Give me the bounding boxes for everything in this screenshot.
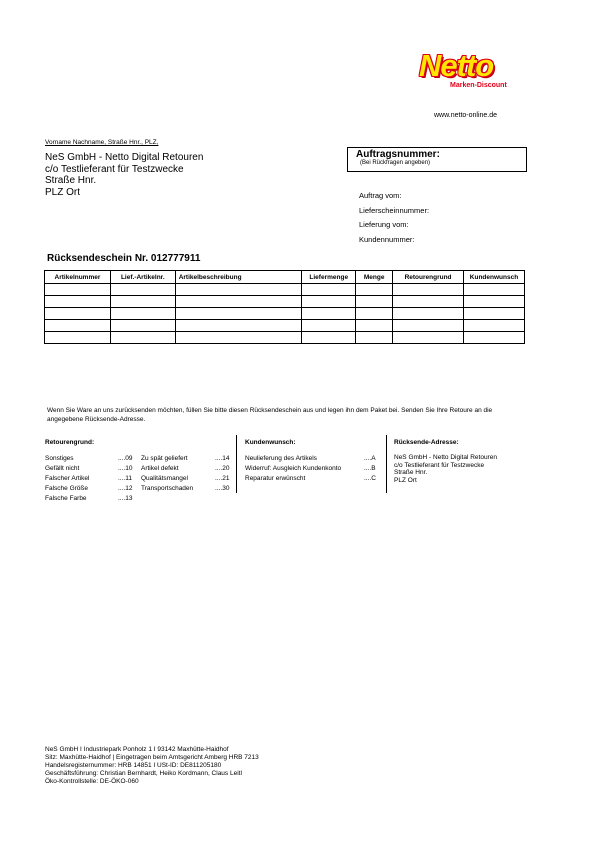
footer-line: NeS GmbH I Industriepark Ponholz 1 I 931… (45, 746, 259, 754)
return-slip-title: Rücksendeschein Nr. 012777911 (47, 253, 200, 264)
table-cell[interactable] (175, 296, 302, 308)
recipient-line: NeS GmbH - Netto Digital Retouren (45, 152, 203, 164)
table-cell[interactable] (110, 284, 175, 296)
table-cell[interactable] (356, 308, 393, 320)
table-cell[interactable] (464, 332, 525, 344)
return-reasons-section: Retourengrund: Sonstiges....09Zu spät ge… (45, 439, 235, 504)
website-url: www.netto-online.de (434, 112, 497, 119)
footer-line: Sitz: Maxhütte-Haidhof | Eingetragen bei… (45, 754, 259, 762)
order-number-title: Auftragsnummer: (356, 149, 440, 160)
column-divider (386, 435, 387, 493)
table-row (45, 320, 525, 332)
table-cell[interactable] (45, 332, 111, 344)
meta-delivery-date: Lieferung vom: (359, 218, 429, 233)
meta-delivery-note-number: Lieferscheinnummer: (359, 204, 429, 219)
reason-code: ....09 (118, 454, 132, 464)
return-address-line: c/o Testlieferant für Testzwecke (394, 462, 529, 470)
return-address-section: Rücksende-Adresse: NeS GmbH - Netto Digi… (394, 439, 529, 484)
table-cell[interactable] (464, 284, 525, 296)
reason-label: Artikel defekt (141, 464, 179, 474)
table-row (45, 332, 525, 344)
table-cell[interactable] (356, 320, 393, 332)
reason-code: ....10 (118, 464, 132, 474)
footer-line: Geschäftsführung: Christian Bernhardt, H… (45, 770, 259, 778)
table-cell[interactable] (110, 320, 175, 332)
reason-label: Zu spät geliefert (141, 454, 188, 464)
wish-code: ....B (364, 464, 376, 474)
table-cell[interactable] (393, 332, 464, 344)
col-article-number: Artikelnummer (45, 271, 111, 284)
col-quantity: Menge (356, 271, 393, 284)
table-cell[interactable] (393, 284, 464, 296)
instructions-text: Wenn Sie Ware an uns zurücksenden möchte… (47, 407, 527, 424)
table-cell[interactable] (393, 320, 464, 332)
table-cell[interactable] (45, 296, 111, 308)
reason-code: ....14 (215, 454, 229, 464)
order-meta: Auftrag vom: Lieferscheinnummer: Lieferu… (359, 189, 429, 247)
reason-label: Gefällt nicht (45, 464, 79, 474)
table-row (45, 296, 525, 308)
table-cell[interactable] (464, 320, 525, 332)
table-cell[interactable] (302, 284, 356, 296)
table-cell[interactable] (45, 320, 111, 332)
col-supplier-article-number: Lief.-Artikelnr. (110, 271, 175, 284)
reason-label: Transportschaden (141, 484, 193, 494)
reason-code: ....13 (118, 494, 132, 504)
table-cell[interactable] (110, 332, 175, 344)
table-cell[interactable] (175, 284, 302, 296)
table-cell[interactable] (175, 320, 302, 332)
order-number-subtitle: (Bei Rückfragen angeben) (360, 160, 430, 166)
return-address-line: NeS GmbH - Netto Digital Retouren (394, 454, 529, 462)
meta-order-date: Auftrag vom: (359, 189, 429, 204)
wish-label: Widerruf: Ausgleich Kundenkonto (245, 464, 341, 474)
order-number-box: Auftragsnummer: (Bei Rückfragen angeben) (347, 147, 527, 172)
footer-line: Öko-Kontrollstelle: DE-ÖKO-060 (45, 778, 259, 786)
table-row (45, 308, 525, 320)
table-cell[interactable] (356, 296, 393, 308)
return-address-line: Straße Hnr. (394, 469, 529, 477)
table-cell[interactable] (464, 296, 525, 308)
table-cell[interactable] (175, 332, 302, 344)
reason-code: ....11 (118, 474, 132, 484)
wish-code: ....A (364, 454, 376, 464)
wish-label: Reparatur erwünscht (245, 474, 305, 484)
table-cell[interactable] (302, 332, 356, 344)
col-return-reason: Retourengrund (393, 271, 464, 284)
reason-code: ....30 (215, 484, 229, 494)
reason-code: ....21 (215, 474, 229, 484)
table-cell[interactable] (393, 296, 464, 308)
reason-label: Sonstiges (45, 454, 74, 464)
return-address-heading: Rücksende-Adresse: (394, 439, 529, 446)
recipient-line: c/o Testlieferant für Testzwecke (45, 164, 203, 176)
reason-label: Falscher Artikel (45, 474, 89, 484)
wish-code: ....C (364, 474, 376, 484)
recipient-line: PLZ Ort (45, 187, 203, 199)
return-address-line: PLZ Ort (394, 477, 529, 485)
table-cell[interactable] (302, 308, 356, 320)
customer-wish-heading: Kundenwunsch: (245, 439, 380, 446)
reason-code: ....12 (118, 484, 132, 494)
reason-label: Falsche Farbe (45, 494, 87, 504)
reason-label: Falsche Größe (45, 484, 88, 494)
meta-customer-number: Kundennummer: (359, 233, 429, 248)
recipient-address: NeS GmbH - Netto Digital Retouren c/o Te… (45, 152, 203, 198)
logo-tagline: Marken-Discount (450, 82, 507, 89)
table-cell[interactable] (45, 308, 111, 320)
col-article-description: Artikelbeschreibung (175, 271, 302, 284)
table-cell[interactable] (175, 308, 302, 320)
recipient-line: Straße Hnr. (45, 175, 203, 187)
table-cell[interactable] (356, 332, 393, 344)
company-footer: NeS GmbH I Industriepark Ponholz 1 I 931… (45, 746, 259, 786)
table-cell[interactable] (110, 308, 175, 320)
footer-line: Handelsregisternummer: HRB 14851 I USt-I… (45, 762, 259, 770)
sender-line: Vorname Nachname, Straße Hnr., PLZ, (45, 139, 158, 146)
col-delivered-quantity: Liefermenge (302, 271, 356, 284)
table-cell[interactable] (302, 320, 356, 332)
customer-wish-section: Kundenwunsch: Neulieferung des Artikels.… (245, 439, 380, 484)
reason-label: Qualitätsmangel (141, 474, 188, 484)
table-header-row: Artikelnummer Lief.-Artikelnr. Artikelbe… (45, 271, 525, 284)
table-cell[interactable] (356, 284, 393, 296)
table-cell[interactable] (45, 284, 111, 296)
logo-wordmark: Netto (419, 50, 511, 82)
items-table: Artikelnummer Lief.-Artikelnr. Artikelbe… (44, 270, 525, 344)
table-cell[interactable] (464, 308, 525, 320)
wish-label: Neulieferung des Artikels (245, 454, 317, 464)
col-customer-wish: Kundenwunsch (464, 271, 525, 284)
table-cell[interactable] (393, 308, 464, 320)
return-reasons-heading: Retourengrund: (45, 439, 235, 446)
table-row (45, 284, 525, 296)
table-cell[interactable] (302, 296, 356, 308)
column-divider (236, 435, 237, 493)
table-cell[interactable] (110, 296, 175, 308)
reason-code: ....20 (215, 464, 229, 474)
netto-logo: Netto Marken-Discount (419, 50, 511, 94)
